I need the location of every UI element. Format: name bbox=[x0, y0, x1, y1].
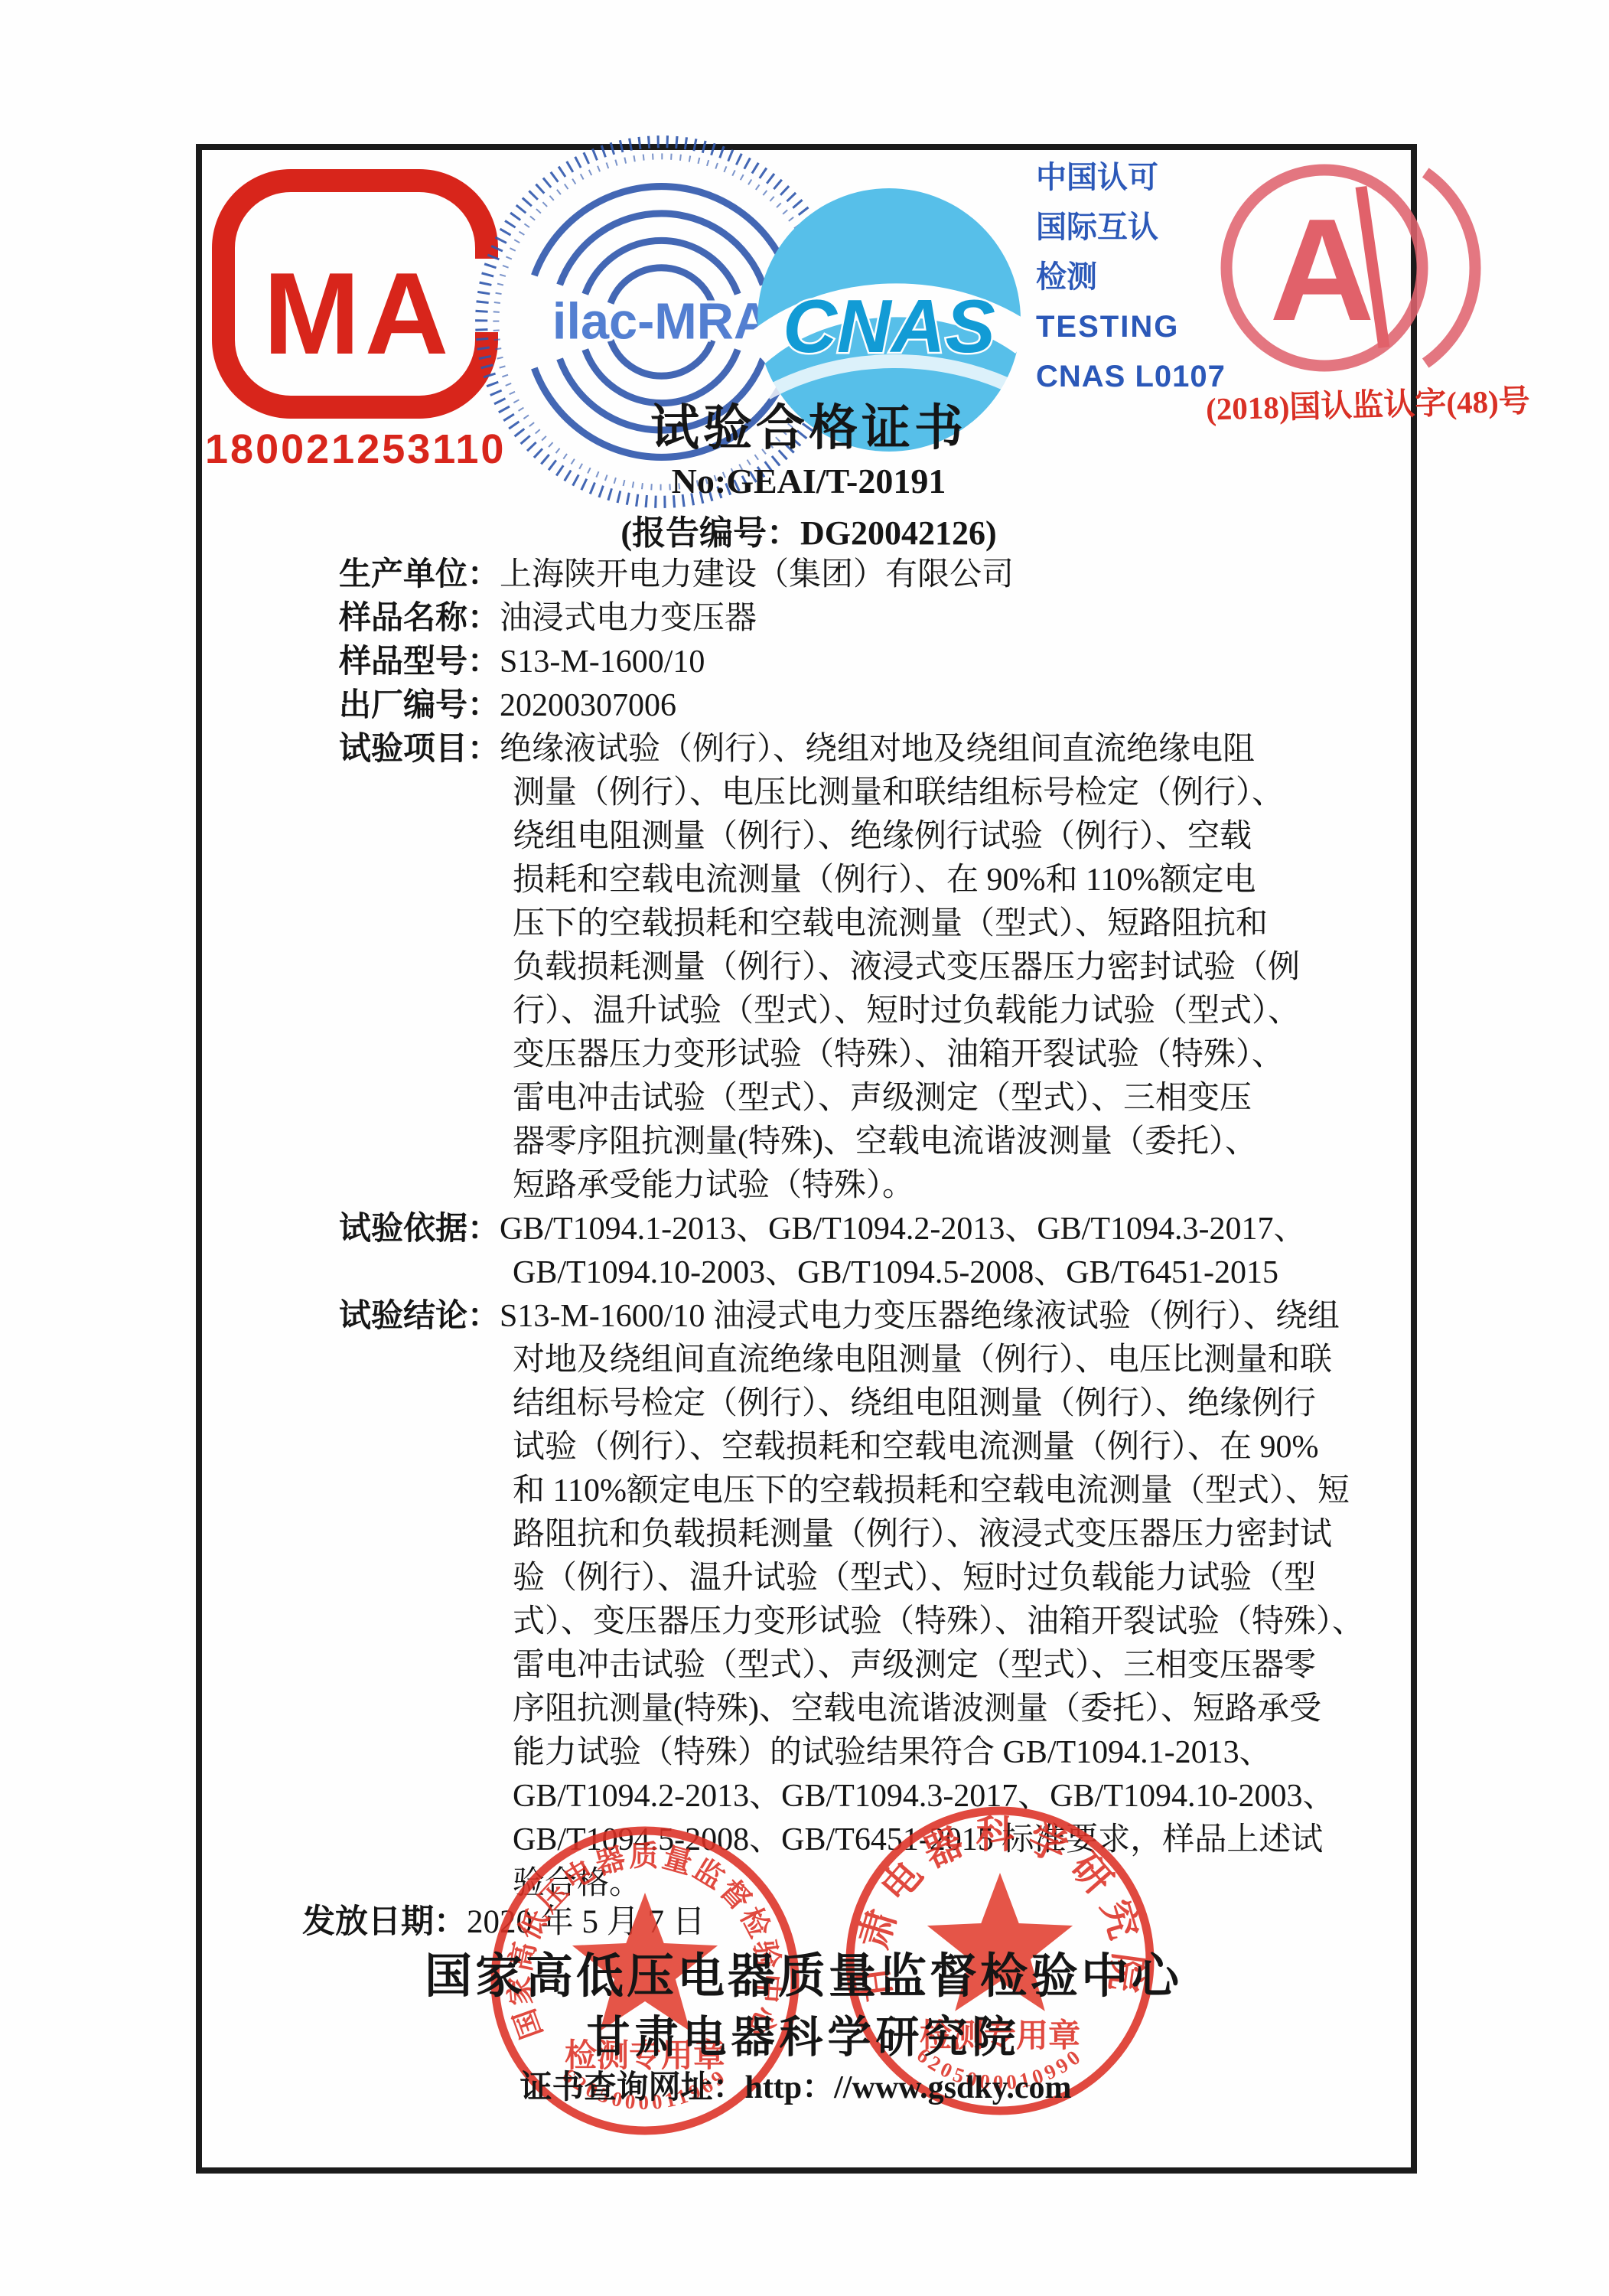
approval-document-number: (2018)国认监认字(48)号 bbox=[1205, 375, 1530, 429]
field-value: 绝缘液试验（例行）、绕组对地及绕组间直流绝缘电阻 bbox=[500, 732, 1255, 767]
cma-letters: MA bbox=[263, 249, 453, 379]
field-value-continuation: 负载损耗测量（例行）、液浸式变压器压力密封试验（例 bbox=[513, 941, 1300, 987]
issuing-org-name: 国家高低压电器质量监督检验中心 bbox=[425, 1938, 1182, 2006]
field-value-continuation: 和 110%额定电压下的空载损耗和空载电流测量（型式）、短 bbox=[513, 1465, 1350, 1511]
page-title: 试验合格证书 bbox=[650, 389, 967, 459]
report-number: (报告编号：DG20042126) bbox=[620, 505, 996, 554]
ilac-mra-label: ilac-MRA bbox=[552, 294, 770, 351]
field-label: 试验依据： bbox=[339, 1212, 500, 1247]
field-value-continuation: GB/T1094.10-2003、GB/T1094.5-2008、GB/T645… bbox=[513, 1247, 1278, 1293]
field-value-continuation: 绕组电阻测量（例行）、绝缘例行试验（例行）、空载 bbox=[513, 810, 1252, 856]
cma-certificate-number: 180021253110 bbox=[205, 426, 506, 473]
field-value: 油浸式电力变压器 bbox=[500, 601, 757, 636]
field-label: 试验项目： bbox=[339, 732, 500, 767]
field-value-continuation: 器零序阻抗测量(特殊)、空载电流谐波测量（委托）、 bbox=[513, 1116, 1257, 1162]
certificate-query-url: 证书查询网址：http：//www.gsdky.com bbox=[520, 2062, 1071, 2108]
certificate-number: No:GEAI/T-20191 bbox=[672, 461, 946, 501]
field-label: 样品名称： bbox=[339, 601, 500, 636]
field-value-continuation: 式）、变压器压力变形试验（特殊）、油箱开裂试验（特殊）、 bbox=[513, 1596, 1364, 1642]
accreditation-line: TESTING bbox=[1036, 302, 1226, 352]
field-line: 样品名称：油浸式电力变压器 bbox=[339, 592, 757, 638]
field-value-continuation: 对地及绕组间直流绝缘电阻测量（例行）、电压比测量和联 bbox=[513, 1334, 1332, 1380]
accreditation-line: 检测 bbox=[1036, 253, 1226, 302]
field-value-continuation: 雷电冲击试验（型式）、声级测定（型式）、三相变压器零 bbox=[513, 1639, 1316, 1685]
ac-accreditation-mark: A bbox=[1221, 147, 1458, 392]
field-value-continuation: 雷电冲击试验（型式）、声级测定（型式）、三相变压 bbox=[513, 1072, 1252, 1118]
field-line: 样品型号：S13-M-1600/10 bbox=[339, 636, 705, 682]
accreditation-text-block: 中国认可 国际互认 检测 TESTING CNAS L0107 bbox=[1036, 153, 1226, 402]
field-value-continuation: 损耗和空载电流测量（例行）、在 90%和 110%额定电 bbox=[513, 854, 1256, 900]
field-value-continuation: 试验（例行）、空载损耗和空载电流测量（例行）、在 90% bbox=[513, 1421, 1319, 1467]
field-label: 样品型号： bbox=[339, 644, 500, 680]
field-value-continuation: 测量（例行）、电压比测量和联结组标号检定（例行）、 bbox=[513, 767, 1284, 813]
accreditation-line: 国际互认 bbox=[1036, 203, 1226, 253]
field-line: 出厂编号：20200307006 bbox=[339, 680, 676, 726]
field-line: 试验项目：绝缘液试验（例行）、绕组对地及绕组间直流绝缘电阻 bbox=[339, 723, 1255, 769]
cma-logo: MA bbox=[208, 168, 514, 421]
field-label: 出厂编号： bbox=[339, 688, 500, 723]
certificate-page: MA 180021253110 ilac-MRA CNAS 中国认可 国际互认 … bbox=[0, 0, 1609, 2296]
field-line: 生产单位：上海陕开电力建设（集团）有限公司 bbox=[339, 549, 1014, 595]
ac-letter: A bbox=[1269, 189, 1374, 351]
field-value: S13-M-1600/10 bbox=[500, 644, 705, 680]
field-value-continuation: 短路承受能力试验（特殊）。 bbox=[513, 1159, 914, 1205]
field-value-continuation: 压下的空载损耗和空载电流测量（型式）、短路阻抗和 bbox=[513, 898, 1268, 944]
field-value-continuation: 路阻抗和负载损耗测量（例行）、液浸式变压器压力密封试 bbox=[513, 1508, 1332, 1554]
field-value-continuation: 序阻抗测量(特殊)、空载电流谐波测量（委托）、短路承受 bbox=[513, 1683, 1321, 1729]
field-value: GB/T1094.1-2013、GB/T1094.2-2013、GB/T1094… bbox=[500, 1212, 1305, 1247]
field-label: 试验结论： bbox=[339, 1299, 500, 1334]
field-label: 生产单位： bbox=[339, 557, 500, 592]
field-line: 试验结论：S13-M-1600/10 油浸式电力变压器绝缘液试验（例行）、绕组 bbox=[339, 1290, 1340, 1336]
issuing-institute-name: 甘肃电器科学研究院 bbox=[587, 2002, 1021, 2065]
issue-date-label: 发放日期： bbox=[302, 1904, 467, 1940]
field-value-continuation: 行）、温升试验（型式）、短时过负载能力试验（型式）、 bbox=[513, 985, 1300, 1031]
accreditation-line: 中国认可 bbox=[1036, 153, 1226, 203]
accreditation-line: CNAS L0107 bbox=[1036, 352, 1226, 402]
field-line: 试验依据：GB/T1094.1-2013、GB/T1094.2-2013、GB/… bbox=[339, 1203, 1305, 1249]
field-value-continuation: 结组标号检定（例行）、绕组电阻测量（例行）、绝缘例行 bbox=[513, 1378, 1316, 1424]
cnas-label: CNAS bbox=[783, 284, 995, 368]
field-value-continuation: 变压器压力变形试验（特殊）、油箱开裂试验（特殊）、 bbox=[513, 1029, 1284, 1075]
field-value: S13-M-1600/10 油浸式电力变压器绝缘液试验（例行）、绕组 bbox=[500, 1299, 1340, 1334]
field-value-continuation: 验（例行）、温升试验（型式）、短时过负载能力试验（型 bbox=[513, 1552, 1316, 1598]
field-value: 20200307006 bbox=[500, 688, 676, 723]
field-value: 上海陕开电力建设（集团）有限公司 bbox=[500, 557, 1014, 592]
field-value-continuation: 能力试验（特殊）的试验结果符合 GB/T1094.1-2013、 bbox=[513, 1727, 1272, 1773]
